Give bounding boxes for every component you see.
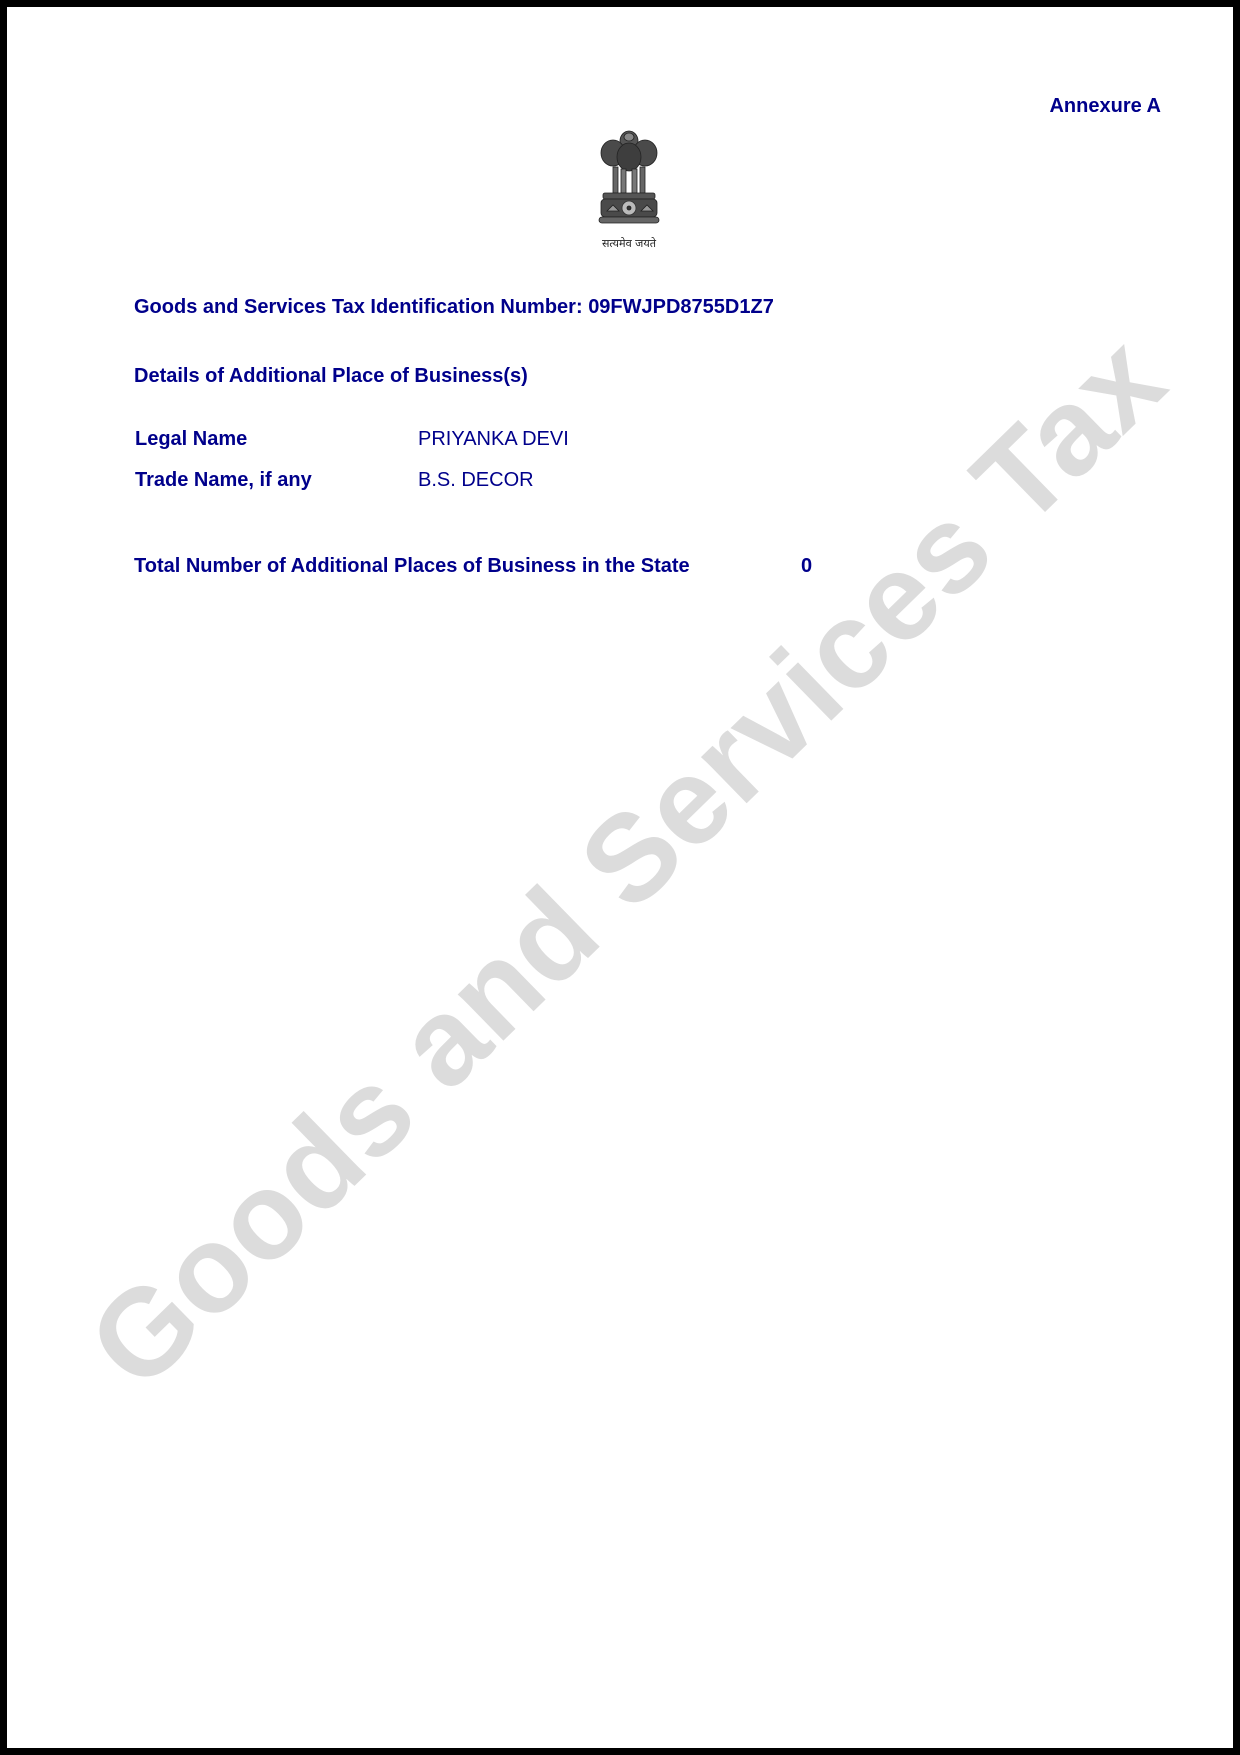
gstin-value: 09FWJPD8755D1Z7 [588, 296, 774, 318]
legal-name-value: PRIYANKA DEVI [418, 428, 569, 451]
gstin-label: Goods and Services Tax Identification Nu… [134, 296, 583, 318]
trade-name-value: B.S. DECOR [418, 469, 534, 492]
lion-capital-icon [589, 123, 669, 235]
annexure-label: Annexure A [1049, 95, 1161, 118]
total-places-value: 0 [801, 555, 812, 578]
document-page: Goods and Services Tax Annexure A [0, 0, 1240, 1755]
trade-name-label: Trade Name, if any [135, 469, 312, 492]
national-emblem-icon: सत्यमेव जयते [589, 123, 669, 251]
section-title: Details of Additional Place of Business(… [134, 365, 528, 388]
emblem-motto: सत्यमेव जयते [589, 236, 669, 251]
total-places-label: Total Number of Additional Places of Bus… [134, 555, 690, 578]
legal-name-label: Legal Name [135, 428, 247, 451]
gstin-line: Goods and Services Tax Identification Nu… [134, 296, 774, 319]
